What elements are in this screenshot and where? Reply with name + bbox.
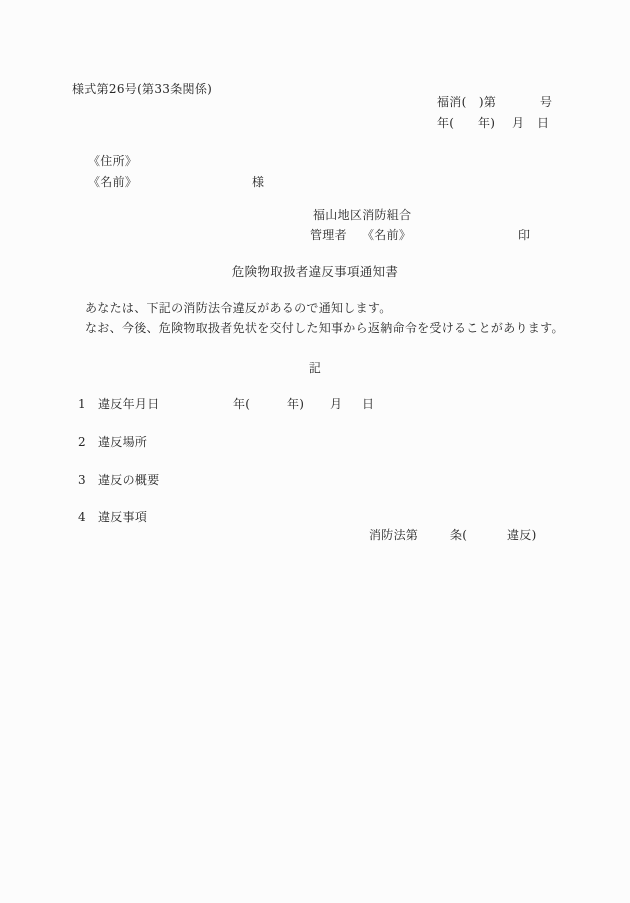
item-1-day: 日 xyxy=(362,397,374,412)
law-violation-close: 違反) xyxy=(507,528,537,543)
body-line-2: なお、今後、危険物取扱者免状を交付した知事から返納命令を受けることがあります。 xyxy=(85,321,564,336)
item-4-number: 4 xyxy=(78,510,86,525)
document-page: 様式第26号(第33条関係) 福消( )第 号 年( 年) 月 日 《住所》 《… xyxy=(0,0,630,903)
sender-organization: 福山地区消防組合 xyxy=(313,208,411,223)
seal-mark: 印 xyxy=(518,228,530,243)
item-2-number: 2 xyxy=(78,435,86,450)
sender-name: 《名前》 xyxy=(362,228,411,243)
record-marker: 記 xyxy=(0,361,630,376)
date-day: 日 xyxy=(537,116,549,131)
law-article-open: 条( xyxy=(450,528,467,543)
item-1-year-open: 年( xyxy=(233,397,250,412)
ref-number-prefix: 福消( )第 xyxy=(437,95,496,110)
document-title: 危険物取扱者違反事項通知書 xyxy=(0,264,630,280)
recipient-name: 《名前》 xyxy=(88,175,137,190)
sender-role: 管理者 xyxy=(310,228,347,243)
date-month: 月 xyxy=(512,116,524,131)
item-3-label: 違反の概要 xyxy=(98,473,160,488)
item-1-year-close: 年) xyxy=(287,397,304,412)
form-number: 様式第26号(第33条関係) xyxy=(72,82,212,97)
date-year-open: 年( xyxy=(437,116,454,131)
item-1-label: 違反年月日 xyxy=(98,397,160,412)
law-name: 消防法第 xyxy=(369,528,418,543)
recipient-honorific: 様 xyxy=(252,175,264,190)
ref-number-suffix: 号 xyxy=(540,95,552,110)
item-4-label: 違反事項 xyxy=(98,510,147,525)
date-year-close: 年) xyxy=(478,116,495,131)
recipient-address: 《住所》 xyxy=(88,154,137,169)
item-1-number: 1 xyxy=(78,397,86,412)
item-2-label: 違反場所 xyxy=(98,435,147,450)
body-line-1: あなたは、下記の消防法令違反があるので通知します。 xyxy=(85,301,392,316)
item-3-number: 3 xyxy=(78,473,86,488)
item-1-month: 月 xyxy=(330,397,342,412)
